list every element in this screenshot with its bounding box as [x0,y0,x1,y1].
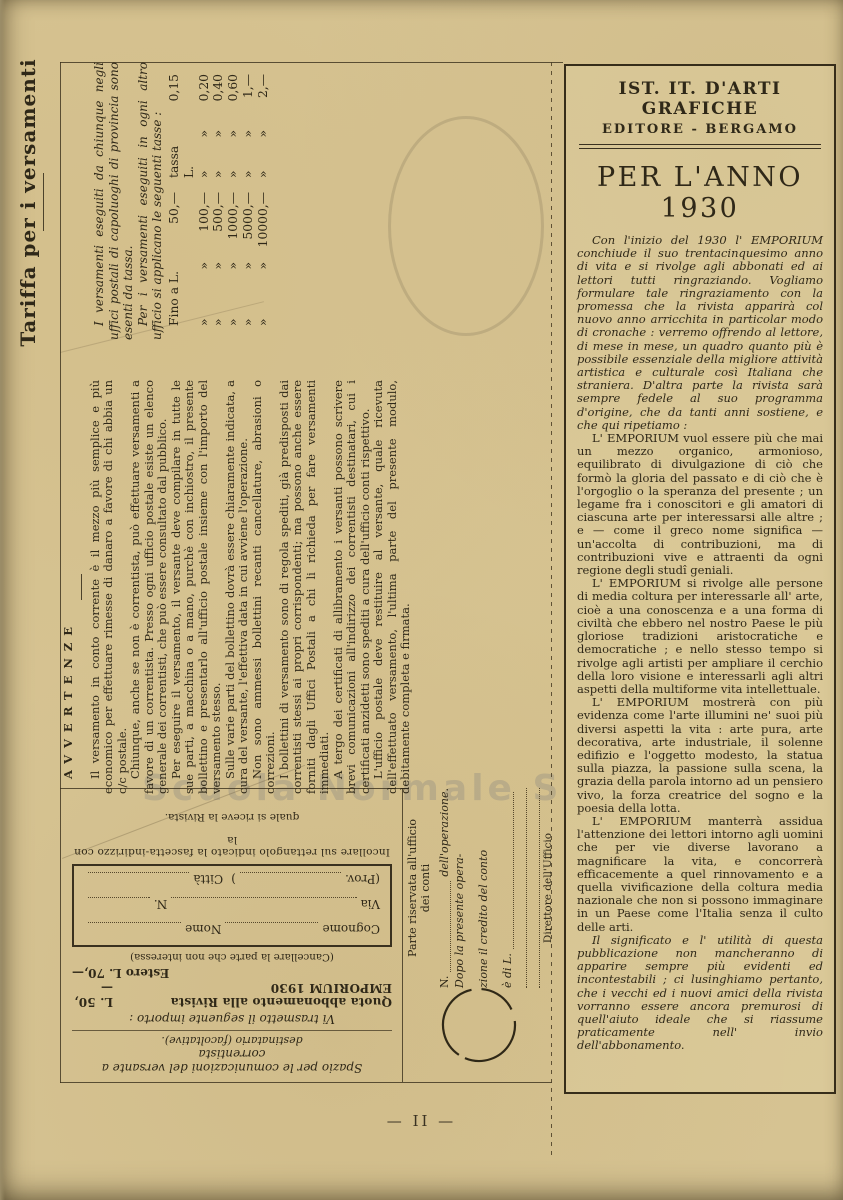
coupon-rule [72,1030,392,1031]
article-headline: PER L'ANNO 1930 [577,162,823,224]
ghost-stamp-circle [388,116,544,336]
coupon-transmit-line: Vi trasmetto il seguente importo : [72,1012,392,1026]
avvertenze-paragraph: Chiunque, anche se non è correntista, pu… [129,380,170,794]
subscription-amount: L. 50,— [72,981,113,1009]
tax-amount: 0,60 [226,74,241,120]
province-field [240,872,341,884]
title-rule [81,574,82,600]
street-label: Via [361,897,380,911]
avvertenze-paragraph: A tergo dei certificati di allibramento … [332,380,373,794]
cancel-note: (Cancellare la parte che non interessa) [72,951,392,963]
address-row-street: Via N. [84,897,380,911]
tax-amount: 1,— [241,74,256,120]
foreign-amount-row: Estero L. 70,— [72,966,392,980]
publisher-article: IST. IT. D'ARTI GRAFICHE EDITORE - BERGA… [564,64,836,1094]
tariff-row: »» 500,— »» 0,40 [211,62,226,330]
office-reserved-section: Parte riservata all'ufficio dei conti N.… [406,788,548,988]
tax-label: tassa L. [167,130,197,178]
payment-coupon: Spazio per le comunicazioni del versante… [62,788,402,1081]
number-field [88,897,150,909]
operation-suffix: dell'operazione. [438,788,451,877]
number-label: N. [154,897,168,911]
name-label: Nome [185,922,221,936]
address-row-city: (Prov. ) Città [84,872,380,886]
tariff-row: »» 5000,— »» 1,— [241,62,256,330]
paste-instruction-2: quale si riceve la Rivista. [72,811,392,823]
signature-line [529,788,540,988]
article-paragraph: L' EMPORIUM manterrà assidua l'attenzion… [577,815,823,934]
tax-amount: 0,40 [211,74,226,120]
dotted-rule [516,788,527,988]
publisher-name: IST. IT. D'ARTI GRAFICHE [577,79,823,119]
range-amount: 1000,— [226,192,241,250]
tariff-note-fees: Per i versamenti eseguiti in ogni altro … [136,62,165,340]
province-label: (Prov. [345,872,380,886]
surname-label: Cognome [322,922,380,936]
range-amount: 50,— [167,192,197,250]
double-rule [579,144,821,149]
article-paragraph: L' EMPORIUM vuol essere più che mai un m… [577,432,823,577]
article-paragraph: L' EMPORIUM si rivolge alle persone di m… [577,577,823,696]
director-label: Direttore dell'Ufficio [542,788,555,988]
range-label: Fino a L. [167,271,197,326]
avvertenze-paragraph: I bollettini di versamento sono di regol… [278,380,332,794]
article-paragraph: Il significato e l' utilità di questa pu… [577,934,823,1053]
range-amount: 5000,— [241,192,256,250]
credit-amount-label: è di L. [501,953,514,988]
tariff-note-exemption: I versamenti eseguiti da chiunque negli … [92,62,136,340]
tax-amount: 0,20 [197,74,212,120]
range-amount: 500,— [211,192,226,250]
coupon-right-rule [402,788,403,1082]
avvertenze-paragraph: Non sono ammessi bollettini recanti canc… [251,380,278,794]
paste-instruction: Incollare sul rettangolo indicato la fas… [72,834,392,858]
avvertenze-section: AVVERTENZE Il versamento in conto corren… [62,380,508,794]
subscription-label: Quota abbonamento alla Rivista EMPORIUM … [113,981,392,1009]
tariff-row: »» 10000,— »» 2,— [256,62,271,330]
address-row-name: Cognome Nome [84,922,380,936]
city-label: Città [193,872,223,886]
credit-line-2: zione il credito del conto [477,788,490,988]
surname-field [225,922,318,934]
tariff-row: Fino a L. 50,— tassa L. 0,15 [167,62,197,330]
city-field [88,872,189,884]
tariff-table: Fino a L. 50,— tassa L. 0,15 »» 100,— »»… [167,62,271,340]
avvertenze-paragraph: L'ufficio postale deve restituire al ver… [372,380,413,794]
postmark-stamp-circle [438,984,520,1066]
tariff-vertical-title: Tariffa per i versamenti [16,55,46,350]
province-close: ) [231,872,236,886]
operation-number-field [439,881,451,972]
street-field [171,897,356,909]
tax-amount: 0,15 [167,74,197,120]
scanned-bulletin-page: Scuola Normale Sup Tariffa per i versame… [0,0,843,1200]
tariff-row: »» 100,— »» 0,20 [197,62,212,330]
article-paragraph: Con l'inizio del 1930 l' EMPORIUM conchi… [577,234,823,432]
address-box: Cognome Nome Via N. (Prov. ) Città [72,864,392,947]
coupon-space-note-2: destinatario (facoltative). [72,1034,392,1047]
credit-amount-row: è di L. [501,788,514,988]
avvertenze-title: AVVERTENZE [62,380,76,794]
range-amount: 10000,— [256,192,271,250]
avvertenze-paragraph: Per eseguire il versamento, il versante … [170,380,224,794]
bulletin-bottom-rule [60,1082,552,1083]
publisher-city: EDITORE - BERGAMO [577,122,823,137]
office-title-2: dei conti [419,788,432,988]
article-paragraph: L' EMPORIUM mostrerà con più evidenza co… [577,696,823,815]
range-amount: 100,— [197,192,212,250]
perforation-line [551,62,552,1160]
bulletin-left-rule [60,62,61,1083]
name-field [88,922,181,934]
title-rule [43,174,44,232]
scan-edge-shadow [0,0,5,1200]
avvertenze-paragraph: Il versamento in conto corrente è il mez… [89,380,130,794]
operation-number-row: N. dell'operazione. [438,788,451,988]
tariff-row: »» 1000,— »» 0,60 [226,62,241,330]
tax-amount: 2,— [256,74,271,120]
subscription-amount-row: Quota abbonamento alla Rivista EMPORIUM … [72,981,392,1009]
tariff-section: I versamenti eseguiti da chiunque negli … [92,62,268,340]
avvertenze-paragraph: Sulle varie parti del bollettino dovrà e… [224,380,251,794]
page-number: — II — [0,1112,843,1130]
office-title: Parte riservata all'ufficio [406,788,419,988]
credit-line: Dopo la presente opera- [453,788,466,988]
tariff-title-text: Tariffa per i versamenti [16,58,40,346]
credit-amount-field [502,792,514,949]
coupon-space-note: Spazio per le comunicazioni del versante… [72,1047,392,1075]
